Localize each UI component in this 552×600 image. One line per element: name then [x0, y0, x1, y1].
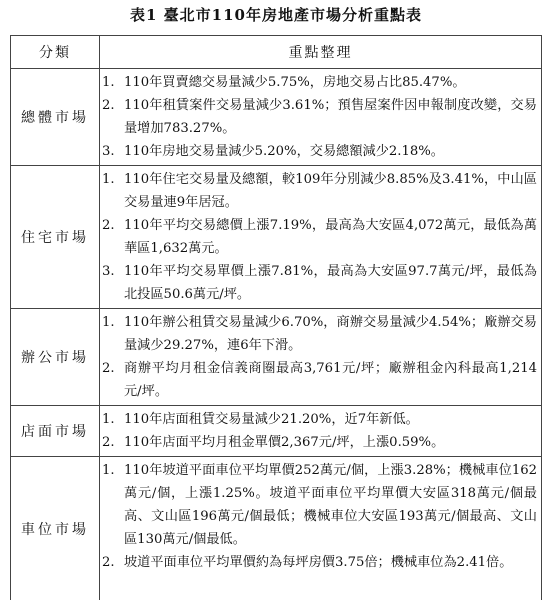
key-point-item: 2.110年平均交易總價上漲7.19%，最高為大安區4,072萬元，最低為萬華區… — [102, 214, 537, 260]
item-number: 2. — [102, 551, 115, 574]
item-number: 2. — [102, 357, 115, 380]
item-number: 3. — [102, 260, 115, 283]
table-title: 表1 臺北市110年房地產市場分析重點表 — [0, 4, 552, 26]
key-point-item: 2.110年店面平均月租金單價2,367元/坪，上漲0.59%。 — [102, 431, 537, 454]
table-row: 店面市場1.110年店面租賃交易量減少21.20%，近7年新低。2.110年店面… — [11, 406, 542, 457]
header-category: 分類 — [11, 36, 100, 69]
item-number: 2. — [102, 214, 115, 237]
item-text: 110年買賣總交易量減少5.75%，房地交易占比85.47%。 — [124, 75, 466, 90]
item-number: 2. — [102, 431, 115, 454]
item-number: 1. — [102, 459, 115, 482]
key-point-item: 2.110年租賃案件交易量減少3.61%；預售屋案件因申報制度改變，交易量增加7… — [102, 94, 537, 140]
key-point-item: 3.110年平均交易單價上漲7.81%，最高為大安區97.7萬元/坪，最低為北投… — [102, 260, 537, 306]
category-cell: 總體市場 — [11, 69, 100, 166]
table-row: 車位市場1.110年坡道平面車位平均單價252萬元/個，上漲3.28%；機械車位… — [11, 457, 542, 600]
header-key-points: 重點整理 — [100, 36, 542, 69]
key-points-cell: 1.110年辦公租賃交易量減少6.70%，商辦交易量減少4.54%；廠辦交易量減… — [100, 309, 542, 406]
category-cell: 車位市場 — [11, 457, 100, 600]
item-text: 110年辦公租賃交易量減少6.70%，商辦交易量減少4.54%；廠辦交易量減少2… — [124, 315, 537, 353]
category-cell: 辦公市場 — [11, 309, 100, 406]
item-number: 3. — [102, 140, 115, 163]
key-point-item: 1.110年買賣總交易量減少5.75%，房地交易占比85.47%。 — [102, 71, 537, 94]
item-text: 110年租賃案件交易量減少3.61%；預售屋案件因申報制度改變，交易量增加783… — [124, 98, 537, 136]
item-text: 110年平均交易總價上漲7.19%，最高為大安區4,072萬元，最低為萬華區1,… — [124, 218, 537, 256]
item-number: 1. — [102, 71, 115, 94]
item-text: 110年平均交易單價上漲7.81%，最高為大安區97.7萬元/坪，最低為北投區5… — [124, 264, 537, 302]
table-header-row: 分類 重點整理 — [11, 36, 542, 69]
item-number: 1. — [102, 168, 115, 191]
item-text: 110年住宅交易量及總額，較109年分別減少8.85%及3.41%，中山區交易量… — [124, 172, 537, 210]
table-row: 辦公市場1.110年辦公租賃交易量減少6.70%，商辦交易量減少4.54%；廠辦… — [11, 309, 542, 406]
item-number: 1. — [102, 408, 115, 431]
item-text: 商辦平均月租金信義商圈最高3,761元/坪；廠辦租金內科最高1,214元/坪。 — [124, 361, 537, 399]
market-analysis-table: 分類 重點整理 總體市場1.110年買賣總交易量減少5.75%，房地交易占比85… — [10, 35, 542, 600]
key-point-item: 2.商辦平均月租金信義商圈最高3,761元/坪；廠辦租金內科最高1,214元/坪… — [102, 357, 537, 403]
key-point-item: 1.110年辦公租賃交易量減少6.70%，商辦交易量減少4.54%；廠辦交易量減… — [102, 311, 537, 357]
key-points-cell: 1.110年坡道平面車位平均單價252萬元/個，上漲3.28%；機械車位162萬… — [100, 457, 542, 600]
item-text: 110年坡道平面車位平均單價252萬元/個，上漲3.28%；機械車位162萬元/… — [124, 463, 537, 547]
key-points-cell: 1.110年買賣總交易量減少5.75%，房地交易占比85.47%。2.110年租… — [100, 69, 542, 166]
table-row: 總體市場1.110年買賣總交易量減少5.75%，房地交易占比85.47%。2.1… — [11, 69, 542, 166]
key-point-item: 2.坡道平面車位平均單價約為每坪房價3.75倍；機械車位為2.41倍。 — [102, 551, 537, 574]
table-row: 住宅市場1.110年住宅交易量及總額，較109年分別減少8.85%及3.41%，… — [11, 166, 542, 309]
item-text: 110年店面平均月租金單價2,367元/坪，上漲0.59%。 — [124, 435, 444, 450]
category-cell: 住宅市場 — [11, 166, 100, 309]
key-points-cell: 1.110年店面租賃交易量減少21.20%，近7年新低。2.110年店面平均月租… — [100, 406, 542, 457]
key-points-cell: 1.110年住宅交易量及總額，較109年分別減少8.85%及3.41%，中山區交… — [100, 166, 542, 309]
item-text: 110年店面租賃交易量減少21.20%，近7年新低。 — [124, 412, 419, 427]
key-point-item: 1.110年坡道平面車位平均單價252萬元/個，上漲3.28%；機械車位162萬… — [102, 459, 537, 551]
item-number: 1. — [102, 311, 115, 334]
key-point-item: 1.110年住宅交易量及總額，較109年分別減少8.85%及3.41%，中山區交… — [102, 168, 537, 214]
key-point-item: 1.110年店面租賃交易量減少21.20%，近7年新低。 — [102, 408, 537, 431]
key-point-item: 3.110年房地交易量減少5.20%，交易總額減少2.18%。 — [102, 140, 537, 163]
item-number: 2. — [102, 94, 115, 117]
category-cell: 店面市場 — [11, 406, 100, 457]
item-text: 坡道平面車位平均單價約為每坪房價3.75倍；機械車位為2.41倍。 — [124, 555, 512, 570]
item-text: 110年房地交易量減少5.20%，交易總額減少2.18%。 — [124, 144, 444, 159]
